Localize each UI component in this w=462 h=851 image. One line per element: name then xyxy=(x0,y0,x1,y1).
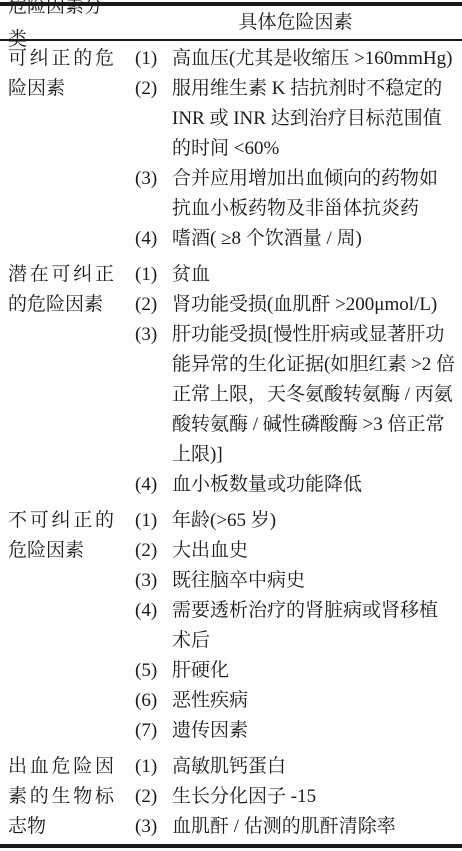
item-text: 遗传因素 xyxy=(172,716,456,746)
table-row-potentially-correctable: 潜在可纠正的危险因素 (1) 贫血 (2) 肾功能受损(血肌酐 >200μmol… xyxy=(0,257,462,503)
category-cell: 潜在可纠正的危险因素 xyxy=(8,260,114,500)
risk-item: (3) 血肌酐 / 估测的肌酐清除率 xyxy=(135,812,456,842)
item-text: 恶性疾病 xyxy=(172,686,456,716)
item-text: 高敏肌钙蛋白 xyxy=(172,752,456,782)
risk-item: (4) 需要透析治疗的肾脏病或肾移植 术后 xyxy=(135,596,456,656)
item-number: (3) xyxy=(135,320,172,470)
item-number: (2) xyxy=(135,536,172,566)
risk-item: (3) 肝功能受损[慢性肝病或显著肝功 能异常的生化证据(如胆红素 >2 倍 正… xyxy=(135,320,456,470)
table-row-correctable: 可纠正的危险因素 (1) 高血压(尤其是收缩压 >160mmHg) (2) 服用… xyxy=(0,41,462,257)
category-cell: 不可纠正的危险因素 xyxy=(8,506,114,746)
category-cell: 可纠正的危险因素 xyxy=(8,44,114,254)
item-number: (3) xyxy=(135,812,172,842)
item-text: 合并应用增加出血倾向的药物如 抗血小板药物及非甾体抗炎药 xyxy=(172,164,456,224)
risk-item: (3) 合并应用增加出血倾向的药物如 抗血小板药物及非甾体抗炎药 xyxy=(135,164,456,224)
item-text: 嗜酒( ≥8 个饮酒量 / 周) xyxy=(172,224,456,254)
item-number: (7) xyxy=(135,716,172,746)
item-text: 高血压(尤其是收缩压 >160mmHg) xyxy=(172,44,456,74)
item-number: (4) xyxy=(135,224,172,254)
risk-item: (2) 大出血史 xyxy=(135,536,456,566)
item-number: (1) xyxy=(135,44,172,74)
item-number: (4) xyxy=(135,596,172,656)
item-text: 肾功能受损(血肌酐 >200μmol/L) xyxy=(172,290,456,320)
risk-item: (2) 生长分化因子 -15 xyxy=(135,782,456,812)
details-cell: (1) 年龄(>65 岁) (2) 大出血史 (3) 既往脑卒中病史 (4) 需… xyxy=(135,506,456,746)
risk-item: (2) 服用维生素 K 拮抗剂时不稳定的 INR 或 INR 达到治疗目标范围值… xyxy=(135,74,456,164)
item-number: (3) xyxy=(135,164,172,224)
item-number: (1) xyxy=(135,506,172,536)
risk-item: (5) 肝硬化 xyxy=(135,656,456,686)
item-number: (1) xyxy=(135,260,172,290)
item-text: 既往脑卒中病史 xyxy=(172,566,456,596)
risk-item: (1) 高血压(尤其是收缩压 >160mmHg) xyxy=(135,44,456,74)
risk-item: (1) 贫血 xyxy=(135,260,456,290)
item-number: (5) xyxy=(135,656,172,686)
item-number: (3) xyxy=(135,566,172,596)
table-header-row: 危险因素分类 具体危险因素 xyxy=(0,6,462,39)
risk-item: (1) 年龄(>65 岁) xyxy=(135,506,456,536)
item-text: 贫血 xyxy=(172,260,456,290)
item-number: (1) xyxy=(135,752,172,782)
item-text: 血肌酐 / 估测的肌酐清除率 xyxy=(172,812,456,842)
risk-item: (1) 高敏肌钙蛋白 xyxy=(135,752,456,782)
risk-item: (2) 肾功能受损(血肌酐 >200μmol/L) xyxy=(135,290,456,320)
item-number: (4) xyxy=(135,470,172,500)
item-text: 需要透析治疗的肾脏病或肾移植 术后 xyxy=(172,596,456,656)
category-cell: 出血危险因素的生物标志物 xyxy=(8,752,114,842)
risk-item: (6) 恶性疾病 xyxy=(135,686,456,716)
details-cell: (1) 贫血 (2) 肾功能受损(血肌酐 >200μmol/L) (3) 肝功能… xyxy=(135,260,456,500)
table-bottom-rule xyxy=(0,844,462,848)
item-number: (2) xyxy=(135,782,172,812)
item-number: (2) xyxy=(135,290,172,320)
table-row-uncorrectable: 不可纠正的危险因素 (1) 年龄(>65 岁) (2) 大出血史 (3) 既往脑… xyxy=(0,503,462,749)
risk-item: (4) 血小板数量或功能降低 xyxy=(135,470,456,500)
details-cell: (1) 高血压(尤其是收缩压 >160mmHg) (2) 服用维生素 K 拮抗剂… xyxy=(135,44,456,254)
item-text: 肝功能受损[慢性肝病或显著肝功 能异常的生化证据(如胆红素 >2 倍 正常上限，… xyxy=(172,320,456,470)
risk-item: (3) 既往脑卒中病史 xyxy=(135,566,456,596)
bleeding-risk-factor-table: 危险因素分类 具体危险因素 可纠正的危险因素 (1) 高血压(尤其是收缩压 >1… xyxy=(0,0,462,851)
risk-item: (7) 遗传因素 xyxy=(135,716,456,746)
item-text: 生长分化因子 -15 xyxy=(172,782,456,812)
column-header-specific-factors: 具体危险因素 xyxy=(135,6,456,39)
risk-item: (4) 嗜酒( ≥8 个饮酒量 / 周) xyxy=(135,224,456,254)
table-body: 可纠正的危险因素 (1) 高血压(尤其是收缩压 >160mmHg) (2) 服用… xyxy=(0,41,462,845)
item-text: 年龄(>65 岁) xyxy=(172,506,456,536)
item-number: (6) xyxy=(135,686,172,716)
item-text: 服用维生素 K 拮抗剂时不稳定的 INR 或 INR 达到治疗目标范围值 的时间… xyxy=(172,74,456,164)
item-text: 肝硬化 xyxy=(172,656,456,686)
item-text: 血小板数量或功能降低 xyxy=(172,470,456,500)
details-cell: (1) 高敏肌钙蛋白 (2) 生长分化因子 -15 (3) 血肌酐 / 估测的肌… xyxy=(135,752,456,842)
table-row-biomarkers: 出血危险因素的生物标志物 (1) 高敏肌钙蛋白 (2) 生长分化因子 -15 (… xyxy=(0,749,462,845)
item-text: 大出血史 xyxy=(172,536,456,566)
item-number: (2) xyxy=(135,74,172,164)
